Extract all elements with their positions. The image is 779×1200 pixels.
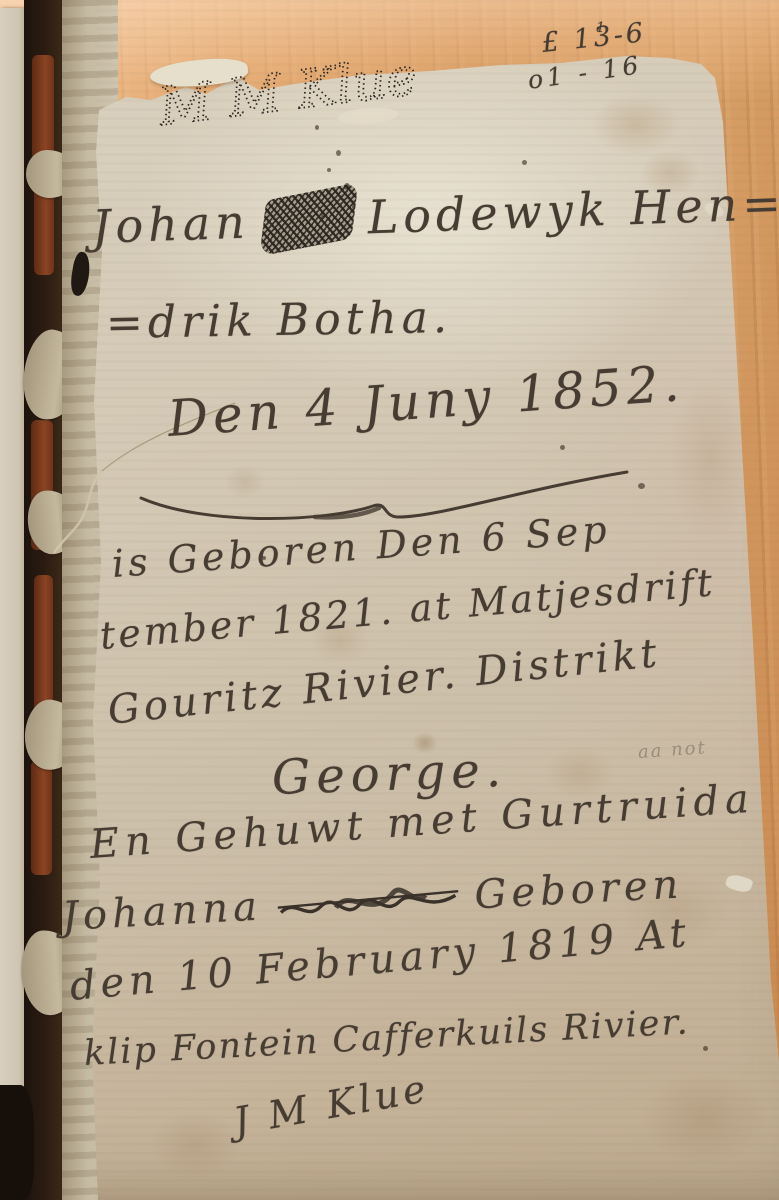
marriage-line2-part1: Johanna <box>61 884 263 940</box>
stippled-signature-text: M M Klue <box>155 47 421 138</box>
leather-spine-patch <box>34 185 54 275</box>
ink-speck <box>560 445 565 450</box>
binding-shadow-bottom <box>0 1085 34 1200</box>
ink-speck <box>522 160 527 165</box>
photograph-of-manuscript-page: { "colors": { "wood": "#cf8f55", "wood_h… <box>0 0 779 1200</box>
leather-spine-patch <box>31 760 52 875</box>
ink-speck <box>327 168 331 172</box>
ink-speck <box>336 150 341 156</box>
owner-name-line2: =drik Botha. <box>106 292 453 349</box>
ink-speck <box>703 1046 708 1051</box>
owner-name-part1: Johan <box>91 195 251 254</box>
marriage-line2-part2: Geboren <box>473 861 684 918</box>
shelf-mark-superscript: 1 <box>596 20 605 36</box>
adjacent-page-edge <box>0 8 27 1200</box>
ink-speck <box>638 483 645 489</box>
leather-spine-patch <box>32 55 54 160</box>
scratched-out-surname <box>275 871 462 931</box>
